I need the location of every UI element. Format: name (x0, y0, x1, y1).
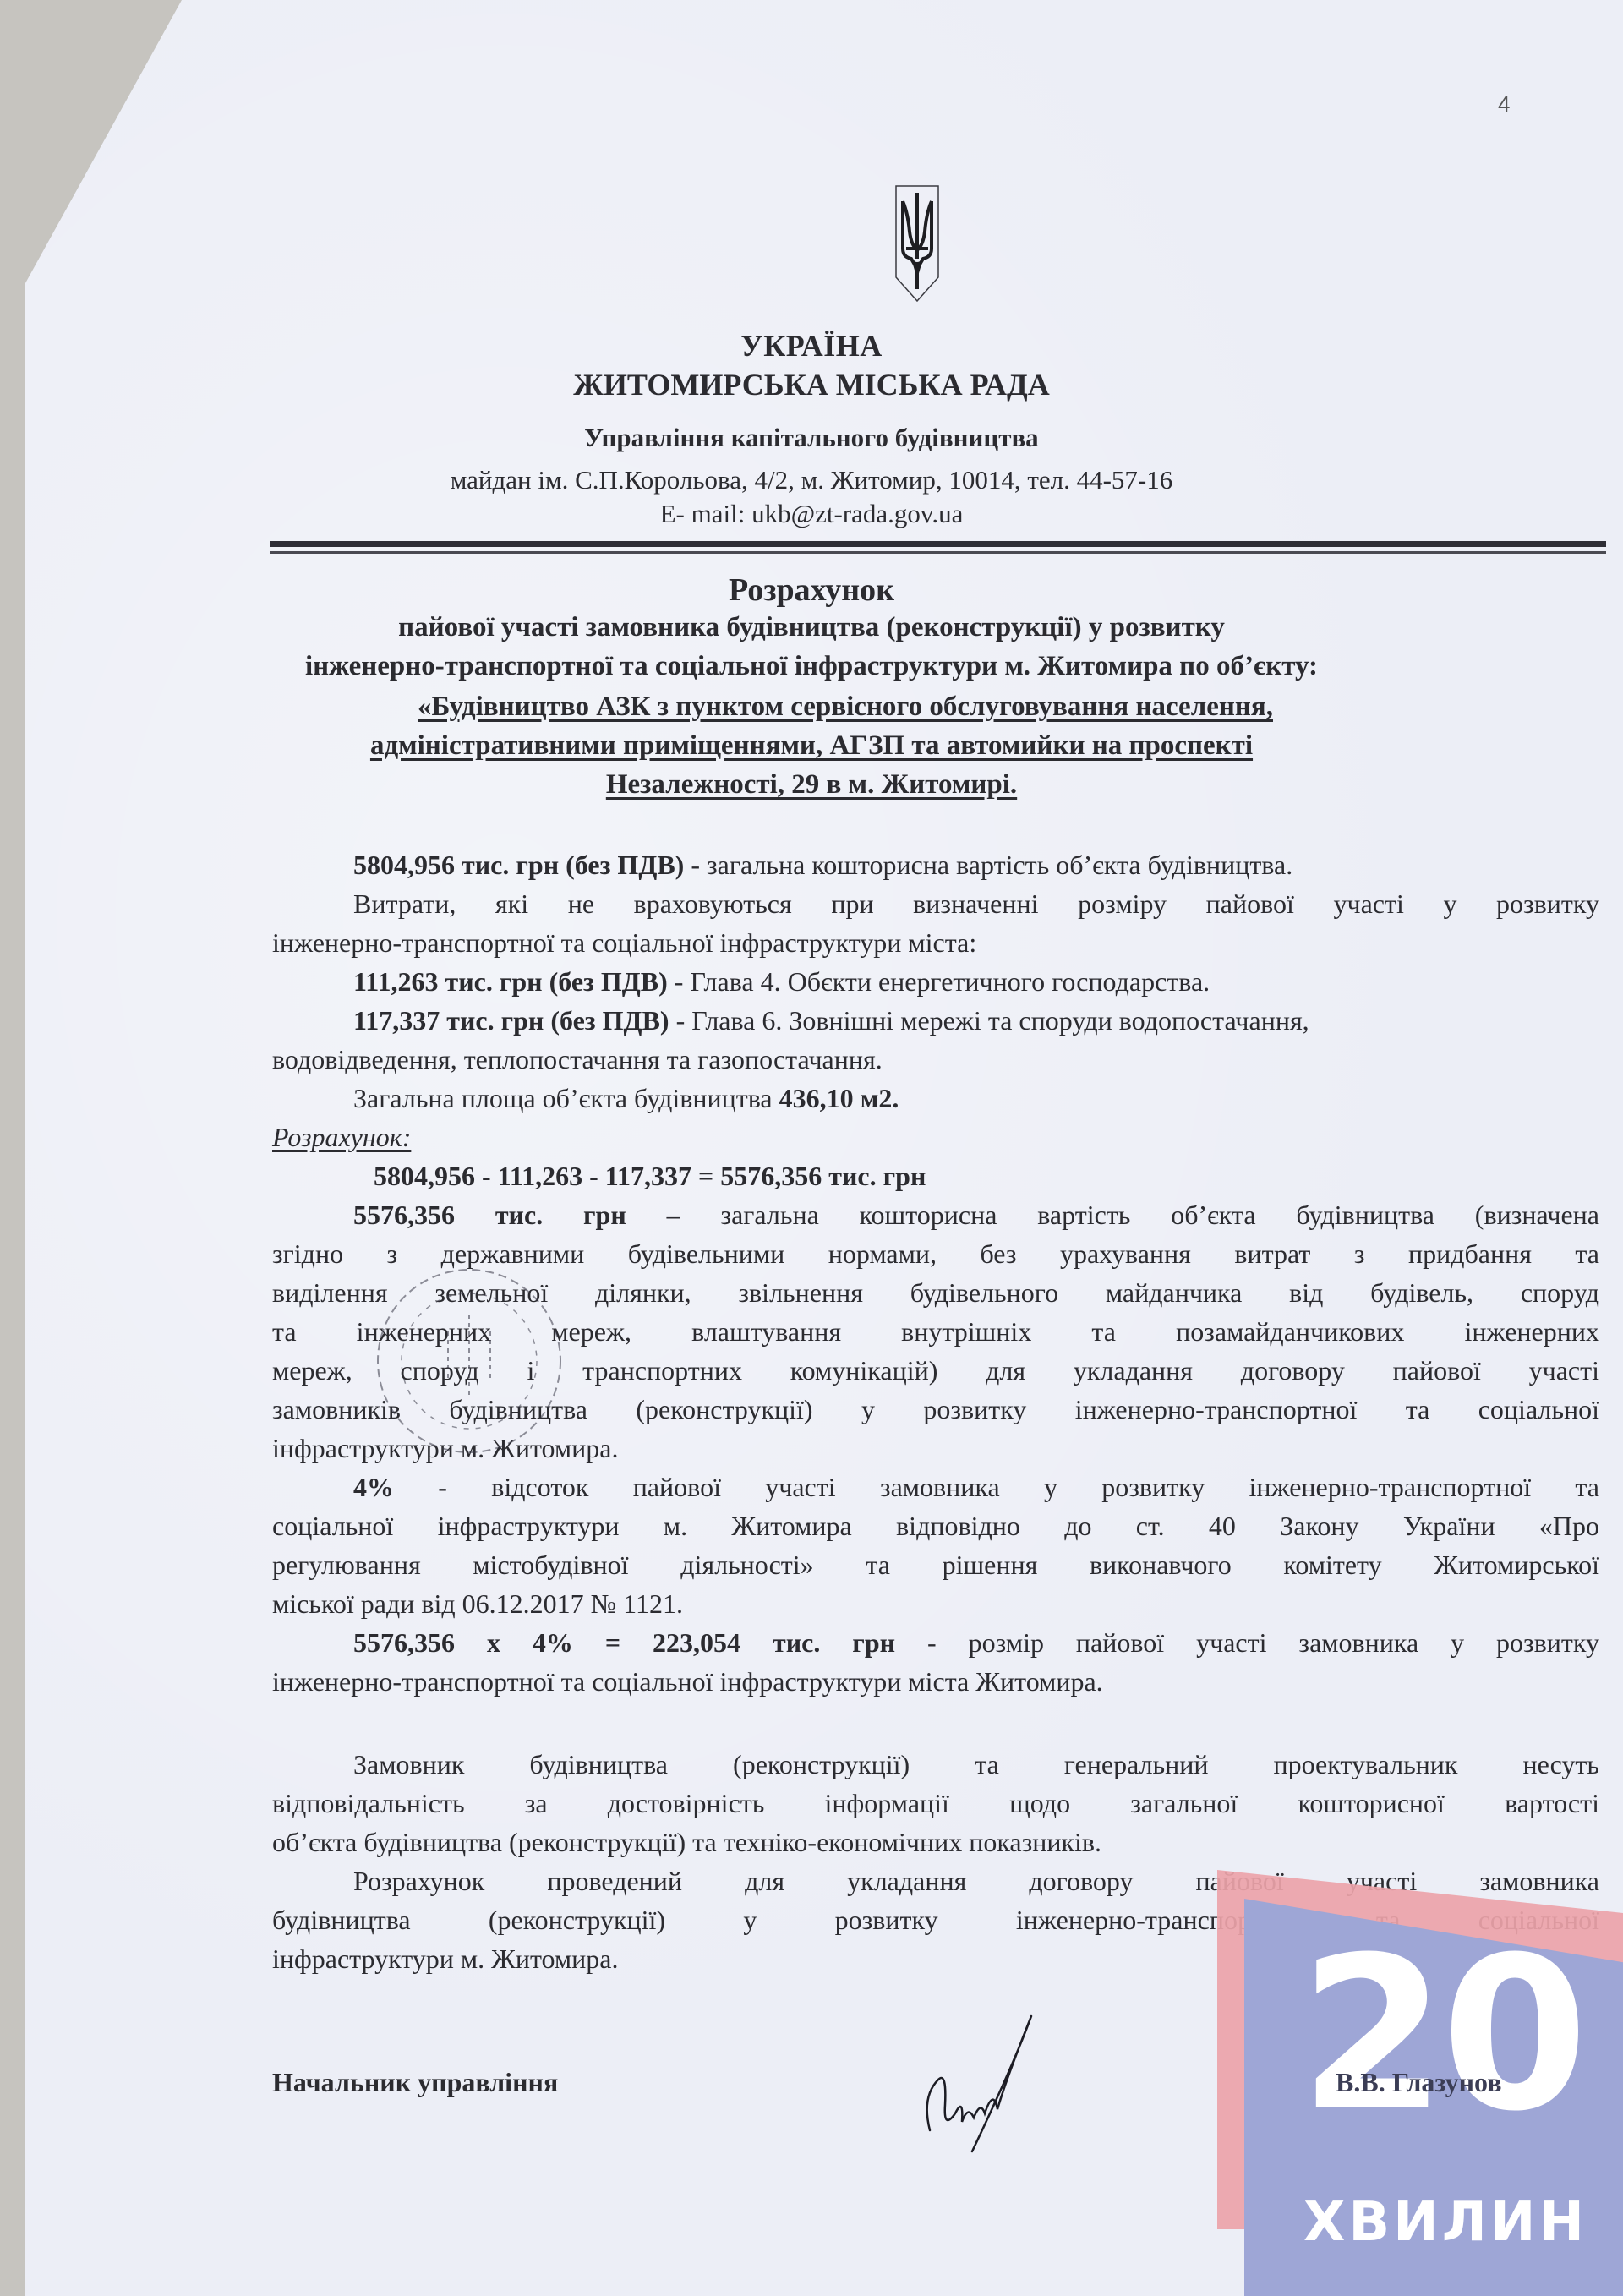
excluded-item-chapter-6-cont: водовідведення, теплопостачання та газоп… (272, 1040, 1599, 1079)
total-cost-value: 5804,956 тис. грн (без ПДВ) (353, 850, 684, 880)
signatory-position: Начальник управління (272, 2067, 558, 2098)
percent-line: міської ради від 06.12.2017 № 1121. (272, 1584, 1599, 1623)
document-subtitle-line: інженерно-транспортної та соціальної інф… (0, 651, 1623, 682)
calculation-label: Розрахунок: (272, 1122, 411, 1152)
result-value: 5576,356 х 4% = 223,054 тис. грн (353, 1627, 895, 1658)
letterhead-department: Управління капітального будівництва (0, 423, 1623, 453)
coat-of-arms-trident-icon (894, 184, 940, 303)
letterhead-address: майдан ім. С.П.Корольова, 4/2, м. Житоми… (0, 465, 1623, 495)
percent-line: 4% - відсоток пайової участі замовника у… (272, 1468, 1599, 1506)
letterhead-rule-thick (270, 541, 1606, 547)
result-line: інженерно-транспортної та соціальної інф… (272, 1662, 1599, 1701)
calculation-formula: 5804,956 - 111,263 - 117,337 = 5576,356 … (272, 1156, 1599, 1195)
document-subtitle-line: пайової участі замовника будівництва (ре… (0, 612, 1623, 643)
letterhead-email: E- mail: ukb@zt-rada.gov.ua (0, 499, 1623, 529)
document-title: Розрахунок (0, 571, 1623, 609)
base-cost-line: 5576,356 тис. грн – загальна кошторисна … (272, 1195, 1599, 1234)
percent-line: регулювання містобудівної діяльності» та… (272, 1545, 1599, 1584)
watermark-number: 20 (1264, 1929, 1619, 2140)
handwritten-signature-icon (921, 2012, 1040, 2156)
excluded-intro-line: Витрати, які не враховуються при визначе… (272, 884, 1599, 923)
responsibility-line: Замовник будівництва (реконструкції) та … (272, 1745, 1599, 1784)
responsibility-line: відповідальність за достовірність інформ… (272, 1784, 1599, 1823)
percent-value: 4% (353, 1472, 394, 1502)
object-name-line: адміністративними приміщеннями, АГЗП та … (0, 730, 1623, 762)
base-cost-value: 5576,356 тис. грн (353, 1200, 626, 1230)
official-seal-stamp-icon (372, 1264, 566, 1458)
excluded-item-chapter-4: 111,263 тис. грн (без ПДВ) - Глава 4. Об… (272, 962, 1599, 1001)
area-line: Загальна площа об’єкта будівництва 436,1… (272, 1079, 1599, 1118)
area-value: 436,10 м2. (779, 1083, 899, 1113)
page-number: 4 (1498, 91, 1510, 118)
watermark-word: ХВИЛИН (1285, 2191, 1606, 2254)
publisher-watermark-logo: 20 В.В. Глазунов ХВИЛИН (1217, 1870, 1623, 2296)
excluded-item-chapter-6: 117,337 тис. грн (без ПДВ) - Глава 6. Зо… (272, 1001, 1599, 1040)
signatory-name: В.В. Глазунов (1336, 2067, 1502, 2098)
total-cost-line: 5804,956 тис. грн (без ПДВ) - загальна к… (272, 845, 1599, 884)
letterhead-rule-thin (270, 551, 1606, 554)
responsibility-line: об’єкта будівництва (реконструкції) та т… (272, 1823, 1599, 1861)
excluded-intro-line: інженерно-транспортної та соціальної інф… (272, 923, 1599, 962)
letterhead-council: ЖИТОМИРСЬКА МІСЬКА РАДА (0, 367, 1623, 402)
percent-line: соціальної інфраструктури м. Житомира ві… (272, 1506, 1599, 1545)
letterhead-country: УКРАЇНА (0, 328, 1623, 364)
object-name-line: Незалежності, 29 в м. Житомирі. (0, 769, 1623, 801)
result-line: 5576,356 х 4% = 223,054 тис. грн - розмі… (272, 1623, 1599, 1662)
object-name-line: «Будівництво АЗК з пунктом сервісного об… (34, 692, 1623, 723)
